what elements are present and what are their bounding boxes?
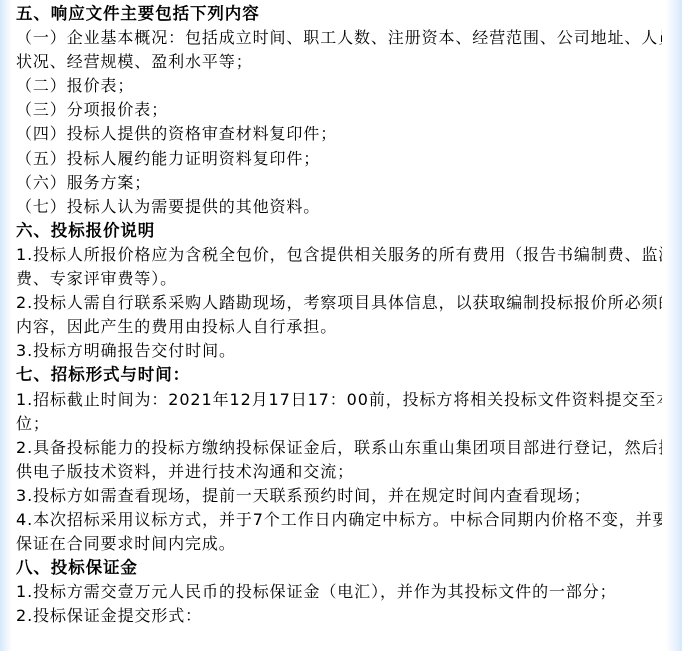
section-heading-8: 八、投标保证金 — [16, 556, 662, 580]
paragraph-line: （三）分项报价表； — [16, 98, 662, 122]
paragraph-line: 位； — [16, 412, 662, 436]
paragraph-line: （五）投标人履约能力证明资料复印件； — [16, 147, 662, 171]
document-body: 五、响应文件主要包括下列内容 （一）企业基本概况：包括成立时间、职工人数、注册资… — [16, 2, 662, 628]
paragraph-line: 费、专家评审费等）。 — [16, 267, 662, 291]
paragraph-line: 1.投标方需交壹万元人民币的投标保证金（电汇），并作为其投标文件的一部分； — [16, 580, 662, 604]
paragraph-line: 2.具备投标能力的投标方缴纳投标保证金后，联系山东重山集团项目部进行登记，然后提 — [16, 436, 662, 460]
paragraph-line: 1.招标截止时间为：2021年12月17日17：00前，投标方将相关投标文件资料… — [16, 388, 662, 412]
paragraph-line: （七）投标人认为需要提供的其他资料。 — [16, 195, 662, 219]
paragraph-line: （一）企业基本概况：包括成立时间、职工人数、注册资本、经营范围、公司地址、人员 — [16, 26, 662, 50]
paragraph-line: 2.投标保证金提交形式： — [16, 604, 662, 628]
paragraph-line: 内容，因此产生的费用由投标人自行承担。 — [16, 315, 662, 339]
paragraph-line: 供电子版技术资料，并进行技术沟通和交流； — [16, 460, 662, 484]
section-heading-5: 五、响应文件主要包括下列内容 — [16, 2, 662, 26]
paragraph-line: 保证在合同要求时间内完成。 — [16, 532, 662, 556]
paragraph-line: 状况、经营规模、盈利水平等； — [16, 50, 662, 74]
section-heading-7: 七、招标形式与时间： — [16, 363, 662, 387]
paragraph-line: （二）报价表； — [16, 74, 662, 98]
paragraph-line: （四）投标人提供的资格审查材料复印件； — [16, 122, 662, 146]
page-edge-right — [666, 0, 682, 651]
paragraph-line: 3.投标方如需查看现场，提前一天联系预约时间，并在规定时间内查看现场； — [16, 484, 662, 508]
paragraph-line: 3.投标方明确报告交付时间。 — [16, 339, 662, 363]
page-edge-left — [0, 0, 12, 651]
paragraph-line: （六）服务方案； — [16, 171, 662, 195]
paragraph-line: 4.本次招标采用议标方式，并于7个工作日内确定中标方。中标合同期内价格不变，并要 — [16, 508, 662, 532]
paragraph-line: 2.投标人需自行联系采购人踏勘现场，考察项目具体信息，以获取编制投标报价所必须的 — [16, 291, 662, 315]
section-heading-6: 六、投标报价说明 — [16, 219, 662, 243]
paragraph-line: 1.投标人所报价格应为含税全包价，包含提供相关服务的所有费用（报告书编制费、监测 — [16, 243, 662, 267]
